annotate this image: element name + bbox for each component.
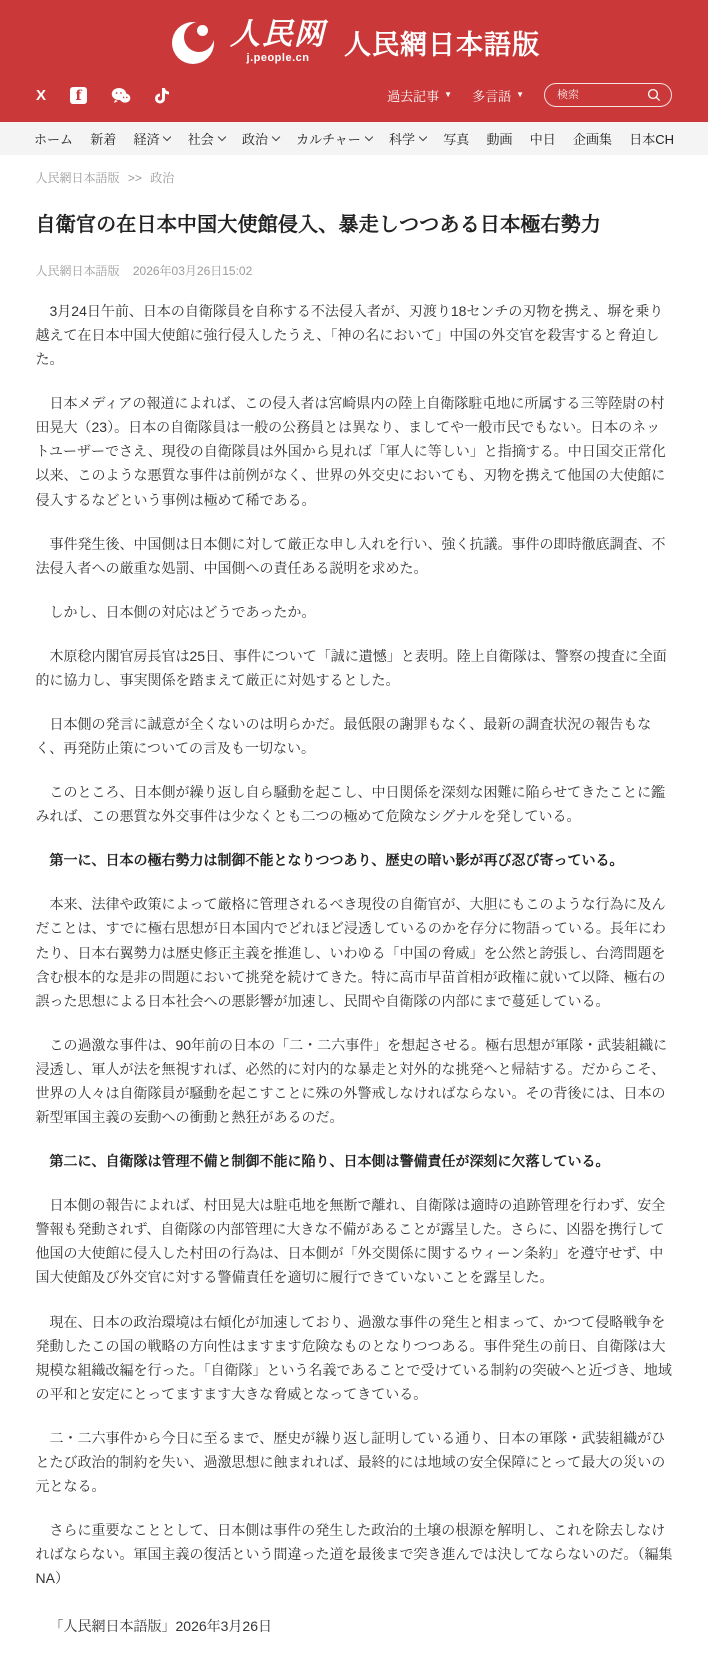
- article-datetime: 2026年03月26日15:02: [133, 264, 252, 278]
- search-box[interactable]: [544, 83, 672, 107]
- header-right: 過去記事 ▼ 多言語 ▼: [387, 83, 672, 107]
- nav-item[interactable]: カルチャー: [296, 129, 372, 148]
- breadcrumb-current[interactable]: 政治: [150, 171, 174, 185]
- facebook-icon[interactable]: f: [70, 87, 87, 104]
- tiktok-icon[interactable]: [155, 87, 170, 104]
- x-twitter-icon[interactable]: X: [36, 87, 46, 104]
- wechat-icon[interactable]: [111, 87, 131, 104]
- article-title: 自衛官の在日本中国大使館侵入、暴走しつつある日本極右勢力: [36, 211, 673, 239]
- nav-item-label: 新着: [90, 129, 116, 148]
- nav-item-label: ホーム: [34, 129, 73, 148]
- article-paragraph: 本来、法律や政策によって厳格に管理されるべき現役の自衛官が、大胆にもこのような行…: [36, 892, 673, 1012]
- article-paragraph: さらに重要なこととして、日本側は事件の発生した政治的土壌の根源を解明し、これを除…: [36, 1518, 673, 1590]
- breadcrumb: 人民網日本語版 >> 政治: [36, 169, 673, 186]
- article-paragraph: しかし、日本側の対応はどうであったか。: [36, 600, 673, 624]
- main-content: 人民網日本語版 >> 政治 自衛官の在日本中国大使館侵入、暴走しつつある日本極右…: [36, 169, 673, 1638]
- chevron-down-icon: [365, 133, 373, 141]
- language-dropdown[interactable]: 多言語 ▼: [472, 86, 524, 105]
- nav-item-label: カルチャー: [296, 129, 361, 148]
- archive-label: 過去記事: [387, 86, 439, 105]
- search-input[interactable]: [555, 88, 647, 102]
- logo-text[interactable]: 人民网 j.people.cn: [230, 20, 326, 64]
- article-paragraph: 二・二六事件から今日に至るまで、歴史が繰り返し証明している通り、日本の軍隊・武装…: [36, 1426, 673, 1498]
- nav-item[interactable]: 日本CH: [629, 129, 674, 148]
- chevron-down-icon: ▼: [444, 91, 452, 99]
- archive-dropdown[interactable]: 過去記事 ▼: [387, 86, 452, 105]
- nav-item[interactable]: ホーム: [34, 129, 73, 148]
- nav-item-label: 日本CH: [629, 129, 674, 148]
- nav-item-label: 中日: [530, 129, 556, 148]
- article-paragraph: 日本側の発言に誠意が全くないのは明らかだ。最低限の謝罪もなく、最新の調査状況の報…: [36, 712, 673, 760]
- article-paragraph: このところ、日本側が繰り返し自ら騒動を起こし、中日関係を深刻な困難に陥らせてきた…: [36, 780, 673, 828]
- article-paragraph: 木原稔内閣官房長官は25日、事件について「誠に遺憾」と表明。陸上自衛隊は、警察の…: [36, 644, 673, 692]
- article-paragraph: 事件発生後、中国側は日本側に対して厳正な申し入れを行い、強く抗議。事件の即時徹底…: [36, 532, 673, 580]
- article-paragraph: 第二に、自衛隊は管理不備と制御不能に陥り、日本側は警備責任が深刻に欠落している。: [36, 1149, 673, 1173]
- article-paragraph: 日本メディアの報道によれば、この侵入者は宮崎県内の陸上自衛隊駐屯地に所属する三等…: [36, 391, 673, 511]
- language-label: 多言語: [472, 86, 511, 105]
- social-icons: X f: [36, 87, 170, 104]
- nav-item[interactable]: 新着: [90, 129, 116, 148]
- nav-item[interactable]: 動画: [486, 129, 512, 148]
- logo-url: j.people.cn: [247, 53, 310, 64]
- nav-item-label: 経済: [133, 129, 159, 148]
- nav-item[interactable]: 社会: [188, 129, 225, 148]
- nav-item[interactable]: 政治: [242, 129, 279, 148]
- chevron-down-icon: [217, 133, 225, 141]
- breadcrumb-root[interactable]: 人民網日本語版: [36, 171, 120, 185]
- article-byline: 人民網日本語版 2026年03月26日15:02: [36, 262, 673, 279]
- article-paragraph: 第一に、日本の極右勢力は制御不能となりつつあり、歴史の暗い影が再び忍び寄っている…: [36, 848, 673, 872]
- logo-cn-name: 人民网: [230, 20, 326, 50]
- chevron-down-icon: [419, 133, 427, 141]
- nav-item[interactable]: 企画集: [573, 129, 612, 148]
- nav-item-label: 科学: [389, 129, 415, 148]
- site-name: 人民網日本語版: [344, 23, 540, 62]
- social-row: X f 過去記事: [0, 76, 708, 122]
- article-body: 3月24日午前、日本の自衛隊員を自称する不法侵入者が、刃渡り18センチの刃物を携…: [36, 299, 673, 1638]
- search-icon[interactable]: [647, 88, 661, 102]
- people-daily-logo-icon[interactable]: [168, 17, 218, 67]
- nav-item[interactable]: 経済: [133, 129, 170, 148]
- article-footer-date: 「人民網日本語版」2026年3月26日: [36, 1614, 673, 1638]
- article-source: 人民網日本語版: [36, 264, 120, 278]
- nav-item[interactable]: 中日: [530, 129, 556, 148]
- nav-item[interactable]: 写真: [443, 129, 469, 148]
- article-paragraph: この過激な事件は、90年前の日本の「二・二六事件」を想起させる。極右思想が軍隊・…: [36, 1033, 673, 1129]
- nav-item-label: 社会: [188, 129, 214, 148]
- site-header: 人民网 j.people.cn 人民網日本語版 X f: [0, 0, 708, 122]
- nav-item-label: 企画集: [573, 129, 612, 148]
- article-paragraph: 日本側の報告によれば、村田晃大は駐屯地を無断で離れ、自衛隊は適時の追跡管理を行わ…: [36, 1193, 673, 1289]
- nav-item-label: 政治: [242, 129, 268, 148]
- article-paragraph: 現在、日本の政治環境は右傾化が加速しており、過激な事件の発生と相まって、かつて侵…: [36, 1310, 673, 1406]
- main-nav: ホーム 新着 経済 社会 政治 カルチャー 科学: [0, 122, 708, 155]
- logo-row: 人民网 j.people.cn 人民網日本語版: [0, 0, 708, 76]
- chevron-down-icon: [272, 133, 280, 141]
- breadcrumb-separator: >>: [128, 171, 142, 185]
- article-paragraph: 3月24日午前、日本の自衛隊員を自称する不法侵入者が、刃渡り18センチの刃物を携…: [36, 299, 673, 371]
- nav-item-label: 動画: [486, 129, 512, 148]
- chevron-down-icon: [163, 133, 171, 141]
- nav-item-label: 写真: [443, 129, 469, 148]
- chevron-down-icon: ▼: [516, 91, 524, 99]
- nav-item[interactable]: 科学: [389, 129, 426, 148]
- article-paragraphs: 3月24日午前、日本の自衛隊員を自称する不法侵入者が、刃渡り18センチの刃物を携…: [36, 299, 673, 1590]
